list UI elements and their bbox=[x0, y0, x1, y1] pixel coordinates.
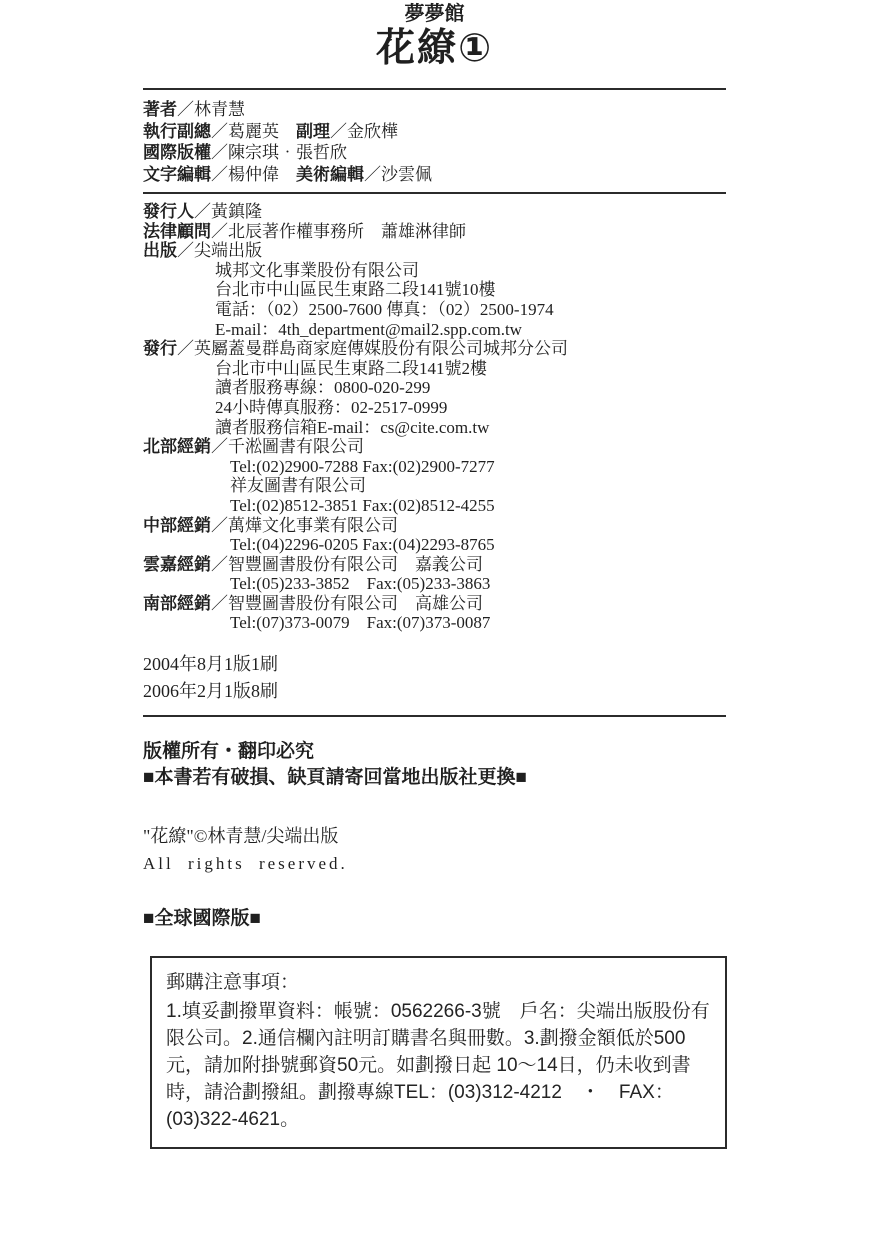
publishing-line: 雲嘉經銷／智豐圖書股份有限公司 嘉義公司 bbox=[143, 555, 726, 575]
publishing-value: ／智豐圖書股份有限公司 高雄公司 bbox=[211, 594, 483, 613]
credit-line: 著者／林青慧 bbox=[143, 99, 726, 121]
edition-line: 2006年2月1版8刷 bbox=[143, 678, 726, 705]
rights-attribution: "花繚"©林青慧/尖端出版 bbox=[143, 823, 726, 849]
credit-value: ／楊仲偉 bbox=[211, 165, 296, 184]
publishing-label: 發行人 bbox=[143, 202, 194, 221]
publishing-value: ／萬燁文化事業有限公司 bbox=[211, 516, 398, 535]
imprint-label: 夢夢館 bbox=[143, 0, 726, 26]
publishing-detail-line: 台北市中山區民生東路二段141號10樓 bbox=[143, 280, 726, 300]
publishing-value: ／英屬蓋曼群島商家庭傳媒股份有限公司城邦分公司 bbox=[177, 339, 568, 358]
credit-label: 美術編輯 bbox=[296, 165, 364, 184]
publishing-entry: 出版／尖端出版城邦文化事業股份有限公司台北市中山區民生東路二段141號10樓電話… bbox=[143, 241, 726, 339]
publishing-line: 中部經銷／萬燁文化事業有限公司 bbox=[143, 516, 726, 536]
publishing-line: 發行／英屬蓋曼群島商家庭傳媒股份有限公司城邦分公司 bbox=[143, 339, 726, 359]
copyright-notice: 版權所有・翻印必究 bbox=[143, 739, 726, 765]
publishing-detail-line: 電話：（02）2500-7600 傳真：（02）2500-1974 bbox=[143, 300, 726, 320]
publishing-line: 南部經銷／智豐圖書股份有限公司 高雄公司 bbox=[143, 594, 726, 614]
global-edition-badge: ■全球國際版■ bbox=[143, 903, 726, 930]
publishing-entry: 發行人／黃鎮隆 bbox=[143, 202, 726, 222]
edition-history: 2004年8月1版1刷2006年2月1版8刷 bbox=[143, 651, 726, 705]
publishing-entry: 北部經銷／千淞圖書有限公司Tel:(02)2900-7288 Fax:(02)2… bbox=[143, 437, 726, 515]
edition-line: 2004年8月1版1刷 bbox=[143, 651, 726, 678]
rights-reserved: All rights reserved. bbox=[143, 849, 726, 879]
credit-value: ／林青慧 bbox=[177, 100, 245, 119]
publishing-value: ／北辰著作權事務所 蕭雄淋律師 bbox=[211, 222, 466, 241]
publishing-entry: 發行／英屬蓋曼群島商家庭傳媒股份有限公司城邦分公司台北市中山區民生東路二段141… bbox=[143, 339, 726, 437]
publishing-label: 雲嘉經銷 bbox=[143, 555, 211, 574]
publishing-detail-line: Tel:(02)2900-7288 Fax:(02)2900-7277 bbox=[143, 457, 726, 477]
publishing-entry: 雲嘉經銷／智豐圖書股份有限公司 嘉義公司Tel:(05)233-3852 Fax… bbox=[143, 555, 726, 594]
credit-value: ／金欣樺 bbox=[330, 122, 398, 141]
publishing-label: 南部經銷 bbox=[143, 594, 211, 613]
publishing-detail-line: Tel:(04)2296-0205 Fax:(04)2293-8765 bbox=[143, 535, 726, 555]
publishing-line: 發行人／黃鎮隆 bbox=[143, 202, 726, 222]
credit-line: 執行副總／葛麗英 副理／金欣樺 bbox=[143, 121, 726, 143]
credit-label: 國際版權 bbox=[143, 143, 211, 162]
publishing-detail-line: 城邦文化事業股份有限公司 bbox=[143, 261, 726, 281]
publishing-label: 出版 bbox=[143, 241, 177, 260]
publishing-detail-line: 祥友圖書有限公司 bbox=[143, 476, 726, 496]
credit-line: 國際版權／陳宗琪‧張哲欣 bbox=[143, 142, 726, 164]
publishing-label: 北部經銷 bbox=[143, 437, 211, 456]
credit-label: 文字編輯 bbox=[143, 165, 211, 184]
publishing-block: 發行人／黃鎮隆法律顧問／北辰著作權事務所 蕭雄淋律師出版／尖端出版城邦文化事業股… bbox=[143, 194, 726, 633]
mail-order-heading: 郵購注意事項： bbox=[166, 968, 711, 998]
publishing-label: 法律顧問 bbox=[143, 222, 211, 241]
credit-label: 執行副總 bbox=[143, 122, 211, 141]
mail-order-box: 郵購注意事項： 1.填妥劃撥單資料：帳號：0562266-3號 戶名：尖端出版股… bbox=[150, 956, 727, 1149]
publishing-entry: 南部經銷／智豐圖書股份有限公司 高雄公司Tel:(07)373-0079 Fax… bbox=[143, 594, 726, 633]
page-title: 花繚① bbox=[143, 26, 726, 72]
credit-value: ／葛麗英 bbox=[211, 122, 296, 141]
publishing-line: 法律顧問／北辰著作權事務所 蕭雄淋律師 bbox=[143, 222, 726, 242]
damage-return-notice: ■本書若有破損、缺頁請寄回當地出版社更換■ bbox=[143, 765, 726, 791]
publishing-value: ／尖端出版 bbox=[177, 241, 262, 260]
publishing-value: ／智豐圖書股份有限公司 嘉義公司 bbox=[211, 555, 483, 574]
publishing-detail-line: 台北市中山區民生東路二段141號2樓 bbox=[143, 359, 726, 379]
publishing-detail-line: Tel:(05)233-3852 Fax:(05)233-3863 bbox=[143, 574, 726, 594]
credit-label: 著者 bbox=[143, 100, 177, 119]
publishing-label: 發行 bbox=[143, 339, 177, 358]
publishing-line: 北部經銷／千淞圖書有限公司 bbox=[143, 437, 726, 457]
divider bbox=[143, 715, 726, 717]
credit-label: 副理 bbox=[296, 122, 330, 141]
colophon-page: 夢夢館 花繚① 著者／林青慧執行副總／葛麗英 副理／金欣樺國際版權／陳宗琪‧張哲… bbox=[0, 0, 883, 1244]
publishing-detail-line: 讀者服務信箱E-mail：cs@cite.com.tw bbox=[143, 418, 726, 438]
colophon-content: 夢夢館 花繚① 著者／林青慧執行副總／葛麗英 副理／金欣樺國際版權／陳宗琪‧張哲… bbox=[143, 0, 726, 1149]
publishing-value: ／千淞圖書有限公司 bbox=[211, 437, 364, 456]
publishing-detail-line: Tel:(07)373-0079 Fax:(07)373-0087 bbox=[143, 613, 726, 633]
publishing-detail-line: E-mail：4th_department@mail2.spp.com.tw bbox=[143, 320, 726, 340]
publishing-detail-line: 讀者服務專線：0800-020-299 bbox=[143, 378, 726, 398]
publishing-detail-line: Tel:(02)8512-3851 Fax:(02)8512-4255 bbox=[143, 496, 726, 516]
publishing-label: 中部經銷 bbox=[143, 516, 211, 535]
credit-value: ／陳宗琪‧張哲欣 bbox=[211, 143, 347, 162]
publishing-entry: 中部經銷／萬燁文化事業有限公司Tel:(04)2296-0205 Fax:(04… bbox=[143, 516, 726, 555]
credit-value: ／沙雲佩 bbox=[364, 165, 432, 184]
mail-order-instructions: 1.填妥劃撥單資料：帳號：0562266-3號 戶名：尖端出版股份有限公司。2.… bbox=[166, 998, 711, 1133]
publishing-value: ／黃鎮隆 bbox=[194, 202, 262, 221]
publishing-line: 出版／尖端出版 bbox=[143, 241, 726, 261]
credits-block: 著者／林青慧執行副總／葛麗英 副理／金欣樺國際版權／陳宗琪‧張哲欣文字編輯／楊仲… bbox=[143, 90, 726, 192]
credit-line: 文字編輯／楊仲偉 美術編輯／沙雲佩 bbox=[143, 164, 726, 186]
copyright-notices: 版權所有・翻印必究 ■本書若有破損、缺頁請寄回當地出版社更換■ bbox=[143, 739, 726, 791]
publishing-detail-line: 24小時傳真服務：02-2517-0999 bbox=[143, 398, 726, 418]
publishing-entry: 法律顧問／北辰著作權事務所 蕭雄淋律師 bbox=[143, 222, 726, 242]
